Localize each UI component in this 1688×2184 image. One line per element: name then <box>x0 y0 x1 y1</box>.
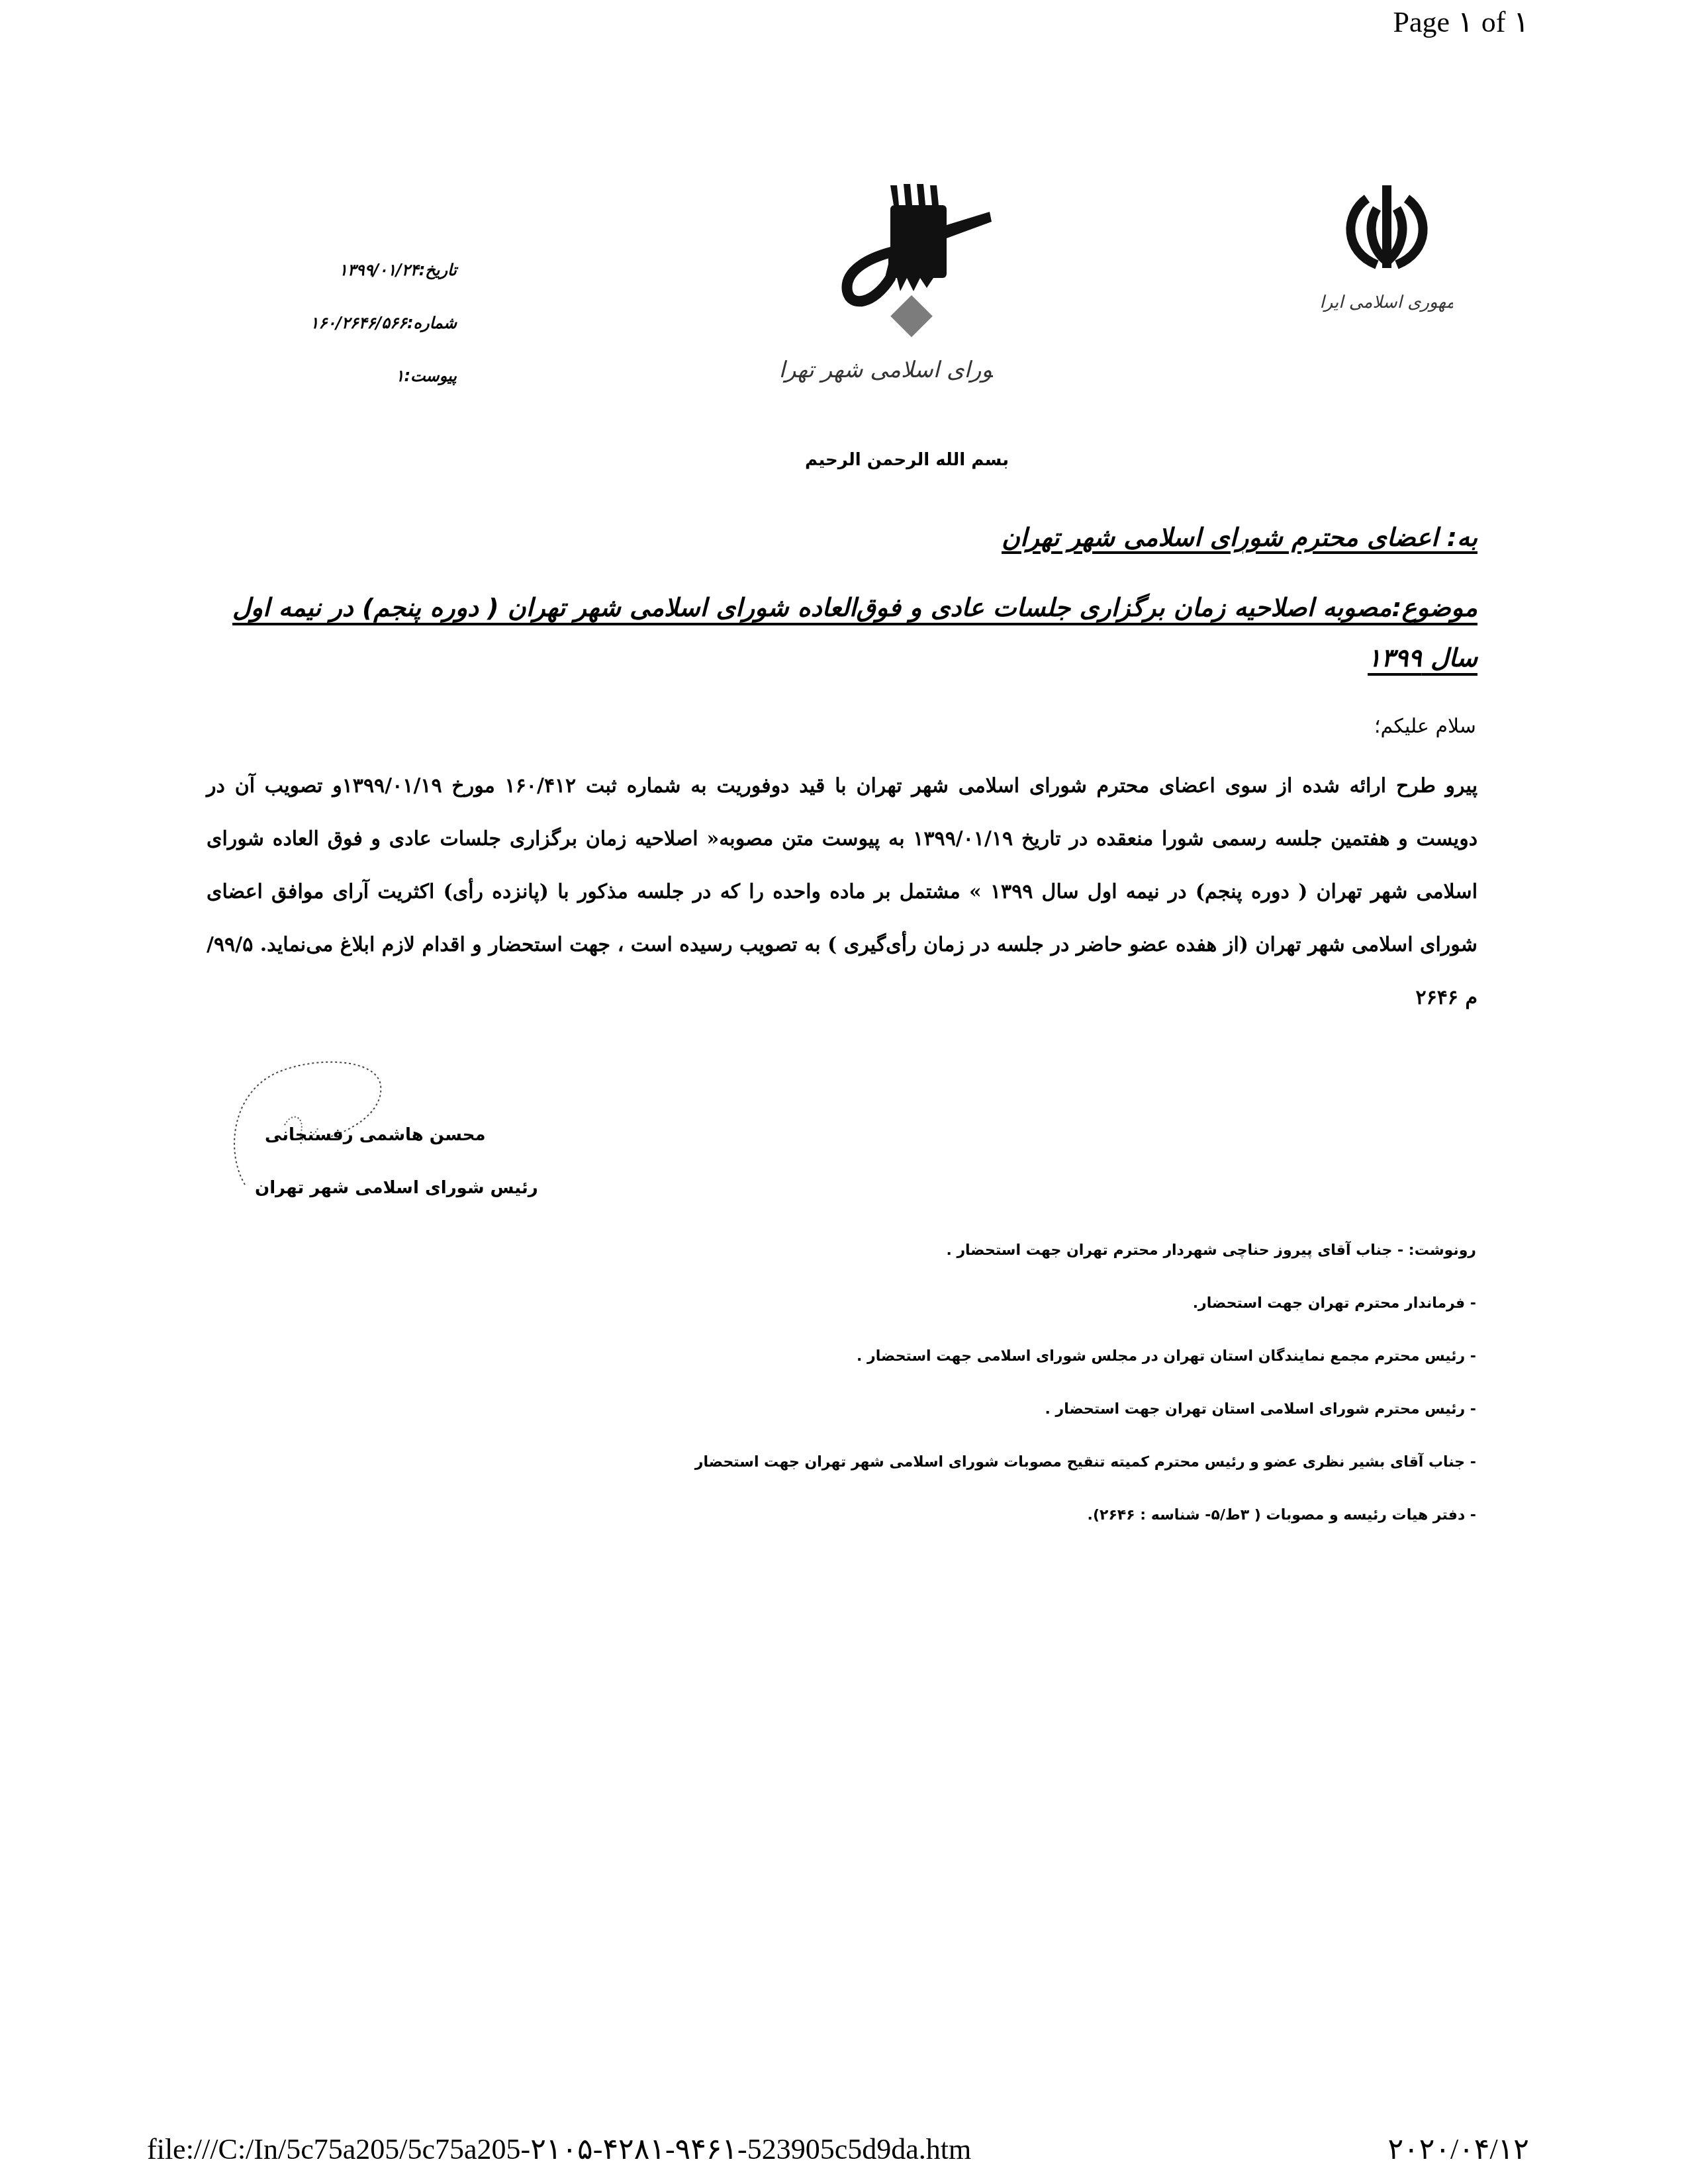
page-label: Page <box>1393 6 1450 38</box>
iran-emblem-icon: جمهوری اسلامی ایران <box>1321 172 1453 331</box>
letter-number: شماره:۱۶۰/۲۶۴۶/۵۶۶ <box>310 314 457 332</box>
cc-item: - رئیس محترم مجمع نمایندگان استان تهران … <box>351 1343 1476 1396</box>
subject-line: موضوع:مصوبه اصلاحیه زمان برگزاری جلسات ع… <box>207 582 1477 683</box>
letter-attachment: پیوست:۱ <box>396 367 457 385</box>
recipient-line: به: اعضای محترم شورای اسلامی شهر تهران <box>1002 523 1477 552</box>
signatory-title: رئیس شورای اسلامی شهر تهران <box>255 1178 538 1198</box>
signatory-name: محسن هاشمی رفسنجانی <box>265 1125 486 1145</box>
greeting: سلام علیکم؛ <box>1374 715 1476 738</box>
cc-item: رونوشت: - جناب آقای پیروز حناچی شهردار م… <box>351 1238 1476 1291</box>
footer-date: ۲۰۲۰/۰۴/۱۲ <box>1387 2132 1529 2166</box>
subject-text: موضوع:مصوبه اصلاحیه زمان برگزاری جلسات ع… <box>232 593 1477 672</box>
letter-body: پیرو طرح ارائه شده از سوی اعضای محترم شو… <box>207 760 1477 1024</box>
cc-list: رونوشت: - جناب آقای پیروز حناچی شهردار م… <box>351 1238 1476 1555</box>
page-header: Page۱of۱ <box>1385 5 1529 39</box>
cc-item: - فرماندار محترم تهران جهت استحضار. <box>351 1291 1476 1343</box>
footer-file-path: file:///C:/In/5c75a205/5c75a205-۲۱۰۵-۴۲۸… <box>147 2132 971 2166</box>
cc-item: - دفتر هیات رئیسه و مصوبات ( ۳ط/۵- شناسه… <box>351 1502 1476 1555</box>
of-label: of <box>1481 6 1506 38</box>
page-number: ۱ <box>1458 6 1474 38</box>
council-logo-caption: شورای اسلامی شهر تهران <box>781 357 993 383</box>
page-total: ۱ <box>1513 6 1529 38</box>
tehran-council-logo-icon: شورای اسلامی شهر تهران <box>781 165 993 390</box>
emblem-caption: جمهوری اسلامی ایران <box>1321 293 1453 312</box>
basmala: بسم الله الرحمن الرحیم <box>768 450 1046 470</box>
cc-item: - جناب آقای بشیر نظری عضو و رئیس محترم ک… <box>351 1449 1476 1502</box>
cc-item: - رئیس محترم شورای اسلامی استان تهران جه… <box>351 1396 1476 1449</box>
letter-date: تاریخ:۱۳۹۹/۰۱/۲۴ <box>339 261 457 279</box>
letter-meta: تاریخ:۱۳۹۹/۰۱/۲۴ شماره:۱۶۰/۲۶۴۶/۵۶۶ پیوس… <box>265 251 457 384</box>
